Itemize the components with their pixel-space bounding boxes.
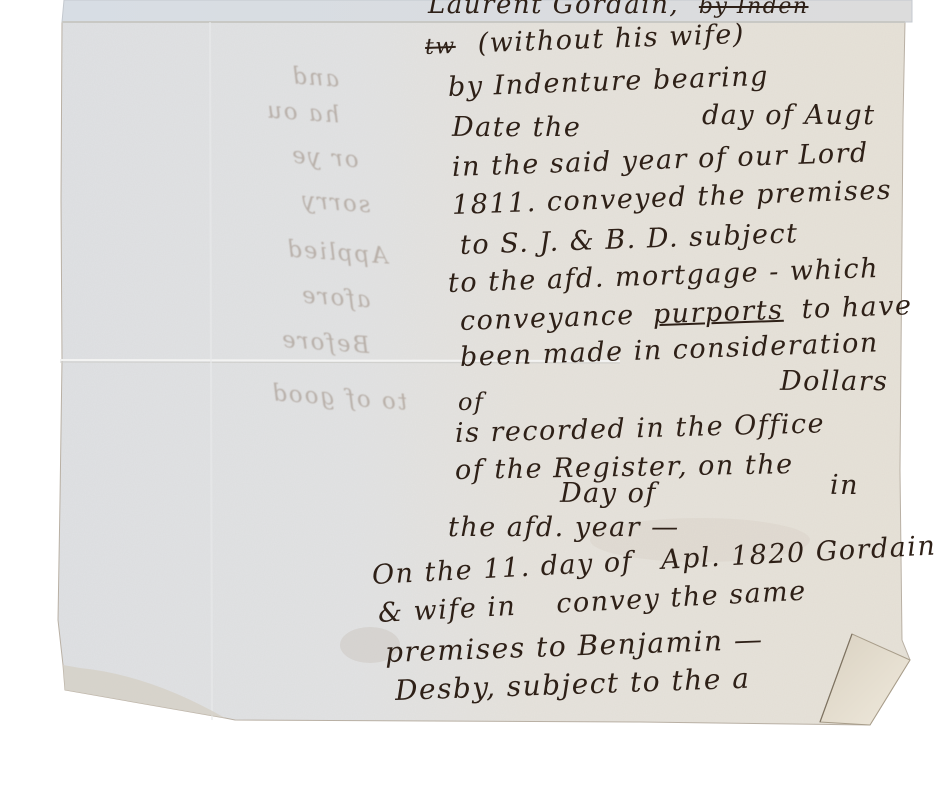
handwritten-line: Dollars (780, 366, 889, 397)
struck-text: by Inden (699, 0, 809, 19)
line-text: Date the (452, 112, 581, 143)
line-text: to have (801, 290, 913, 325)
bleed-through-text: ha ou (264, 97, 340, 128)
bleed-through-text: and (289, 63, 340, 92)
bleed-through-text: or ye (289, 143, 359, 174)
line-text: Day of (560, 478, 657, 509)
line-text: conveyance (459, 300, 635, 337)
bleed-through-text: sorry (299, 188, 371, 219)
line-text-right: in (830, 470, 859, 501)
underlined-text: purports (652, 295, 784, 331)
handwritten-line: of (458, 388, 484, 416)
document-page: and ha ou or ye sorry Applied afore Befo… (0, 0, 951, 796)
handwritten-line: the afd. year — (448, 512, 680, 543)
handwritten-line: Day of in (560, 478, 890, 509)
line-text-right: day of Augt (702, 100, 876, 131)
struck-text: tw (425, 34, 457, 60)
bleed-through-text: afore (299, 283, 371, 314)
line-text: Laurent Gordain, (428, 0, 679, 20)
handwritten-line-top-strip: Laurent Gordain, by Inden (428, 0, 809, 20)
